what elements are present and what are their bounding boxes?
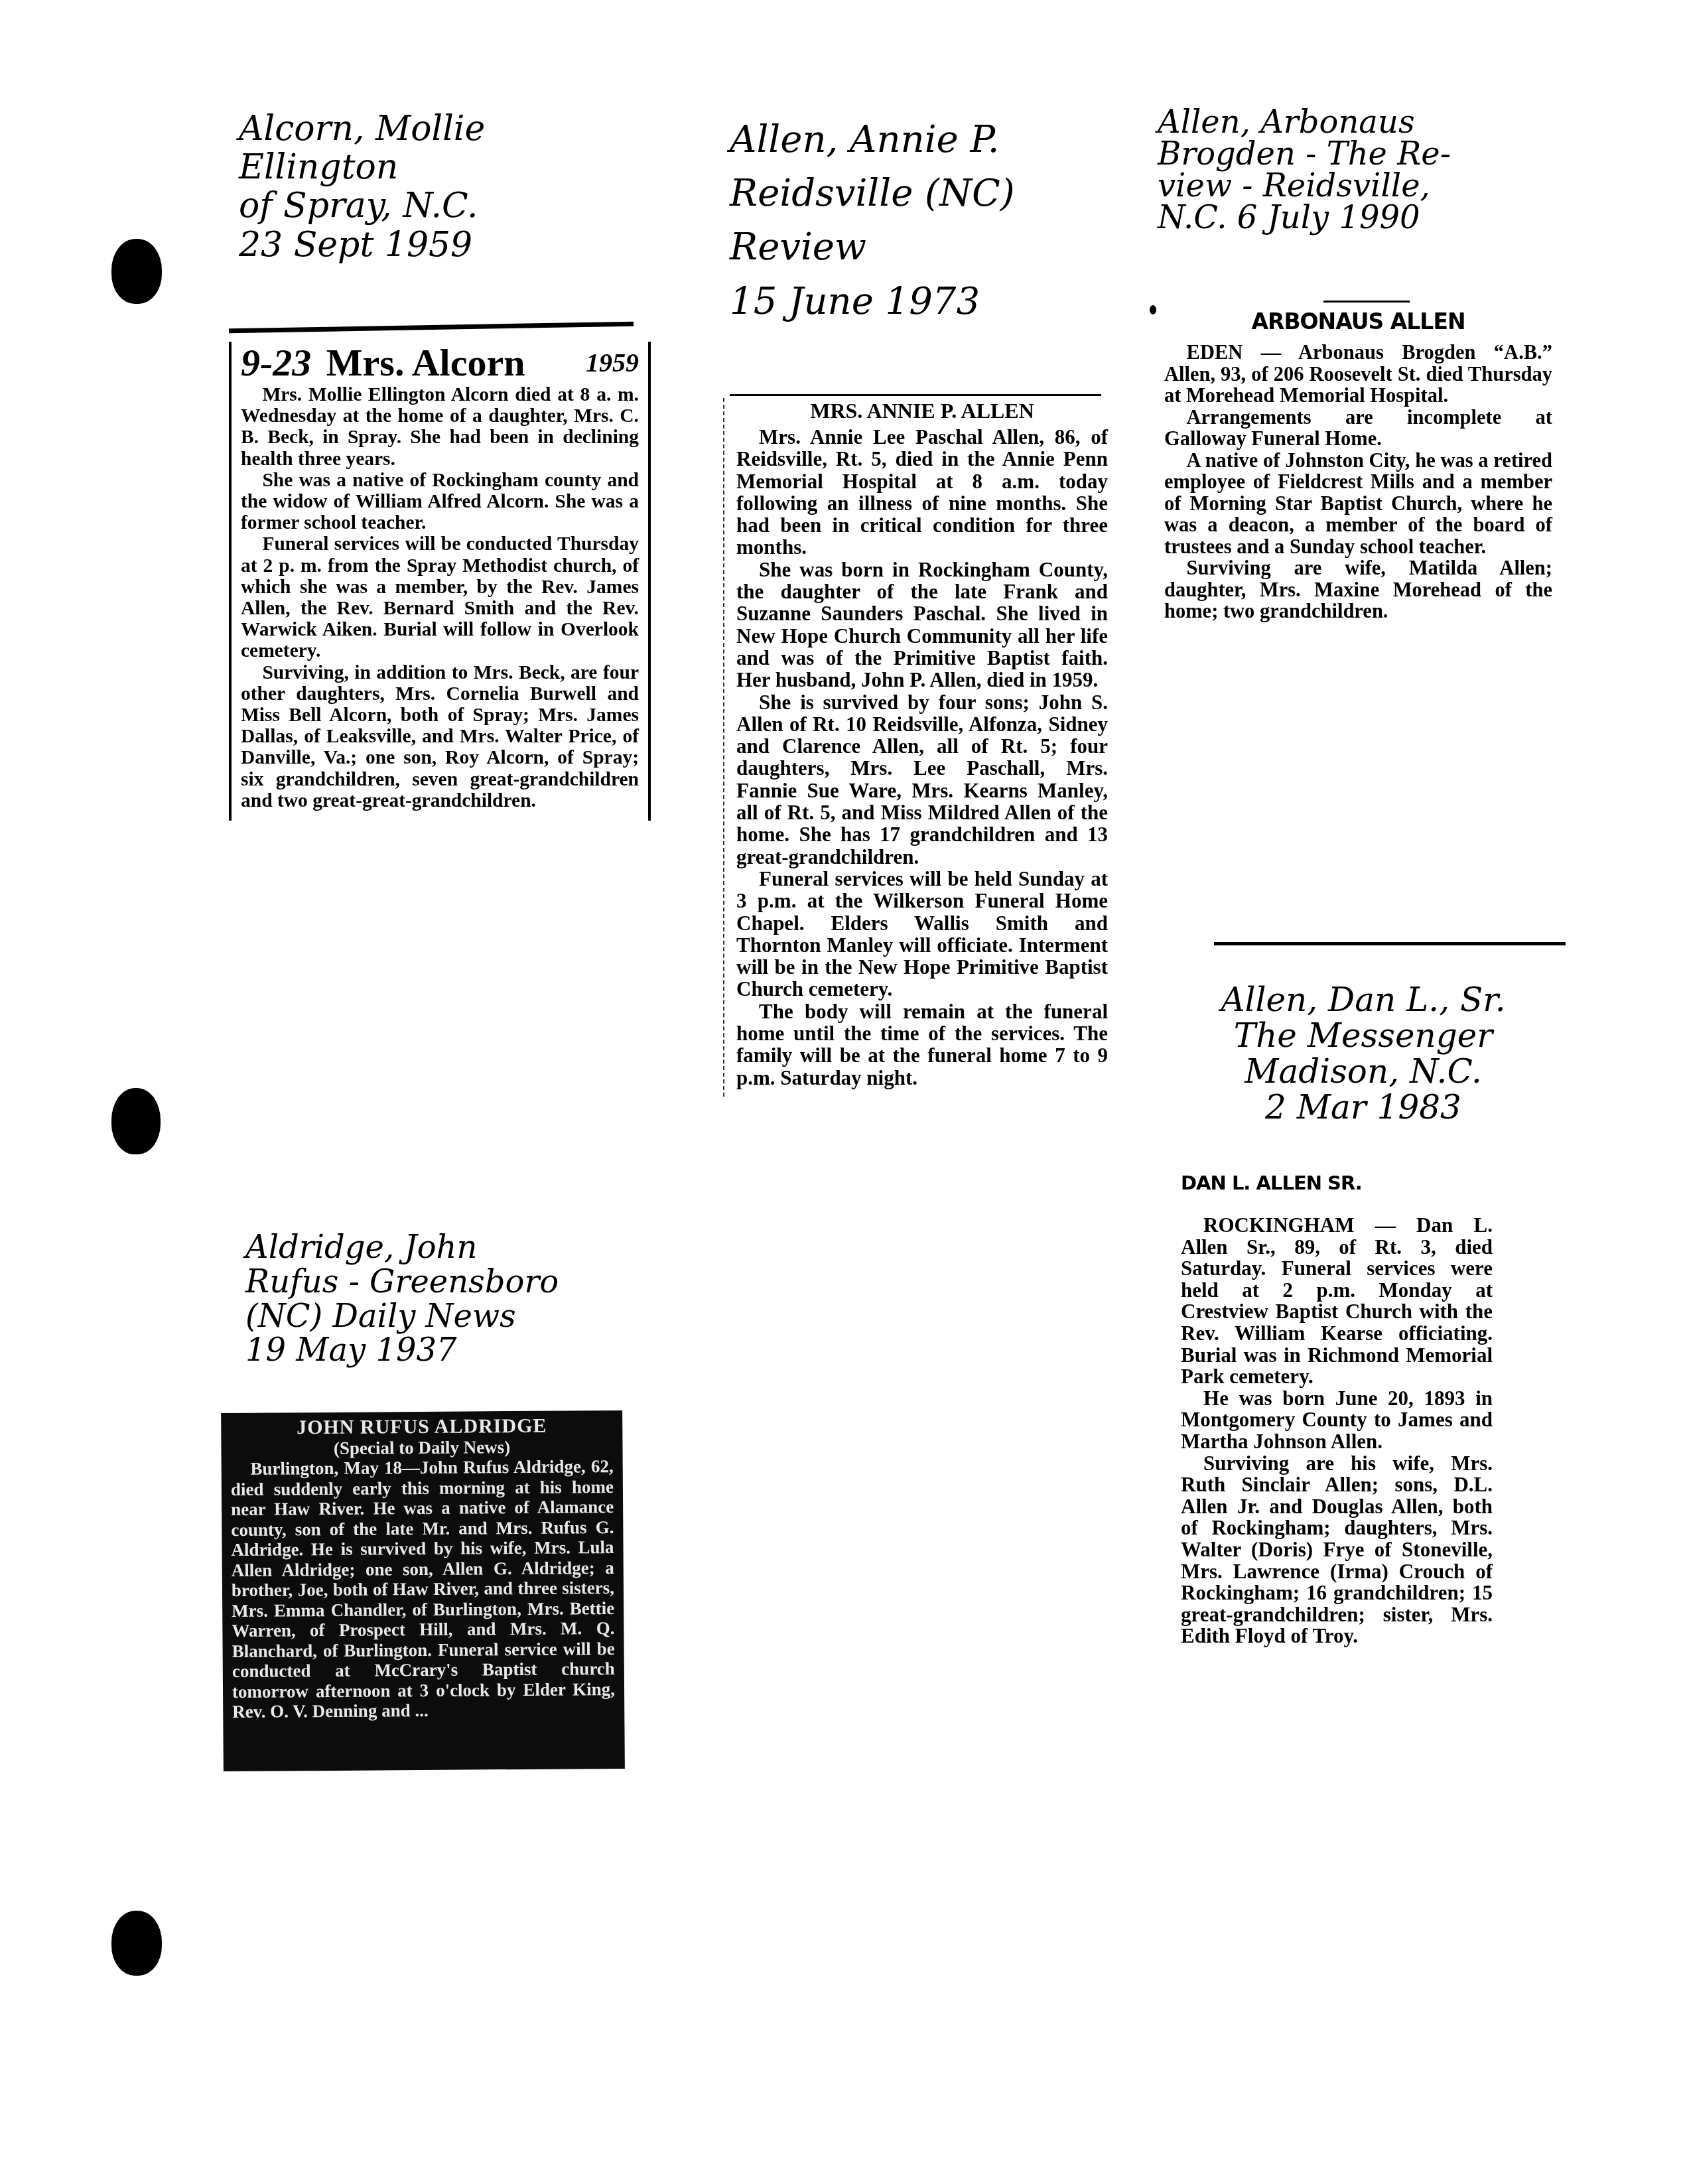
subheadline: (Special to Daily News) [230, 1436, 613, 1459]
paragraph: She was born in Rockingham County, the d… [736, 559, 1108, 691]
paragraph: She was a native of Rockingham county an… [241, 470, 639, 534]
punch-hole-bottom [111, 1911, 162, 1976]
paragraph: Funeral services will be held Sunday at … [736, 868, 1108, 1000]
handwritten-note-alcorn: Alcorn, Mollie Ellington of Spray, N.C. … [239, 109, 485, 264]
ink-mark [1150, 305, 1156, 314]
handwritten-note-arbonaus-allen: Allen, Arbonaus Brogden - The Re- view -… [1158, 106, 1451, 234]
paragraph: A native of Johnston City, he was a reti… [1164, 450, 1552, 558]
handwritten-margin-year: 1959 [586, 342, 639, 384]
paragraph: Surviving, in addition to Mrs. Beck, are… [241, 662, 639, 811]
paragraph: Surviving are his wife, Mrs. Ruth Sincla… [1181, 1453, 1493, 1647]
paragraph: Mrs. Mollie Ellington Alcorn died at 8 a… [241, 384, 639, 470]
clipping-annie-allen: MRS. ANNIE P. ALLEN Mrs. Annie Lee Pasch… [723, 398, 1116, 1097]
clipping-top-rule [730, 394, 1101, 396]
handwritten-margin-date: 9-23 [241, 341, 311, 384]
headline: JOHN RUFUS ALDRIDGE [230, 1416, 613, 1439]
headline: 9-23 Mrs. Alcorn 1959 [241, 342, 639, 384]
paragraph: EDEN — Arbonaus Brogden “A.B.” Allen, 93… [1164, 342, 1552, 407]
clipping-arbonaus-allen: ARBONAUS ALLEN EDEN — Arbonaus Brogden “… [1164, 308, 1552, 622]
paragraph: Burlington, May 18—John Rufus Aldridge, … [231, 1456, 616, 1722]
handwritten-note-aldridge: Aldridge, John Rufus - Greensboro (NC) D… [245, 1231, 559, 1368]
paragraph: Funeral services will be conducted Thurs… [241, 533, 639, 661]
clipping-top-rule [229, 322, 634, 334]
clipping-top-rule [1323, 301, 1410, 303]
headline: MRS. ANNIE P. ALLEN [736, 398, 1108, 423]
clipping-alcorn: 9-23 Mrs. Alcorn 1959 Mrs. Mollie Elling… [229, 342, 651, 821]
wavy-cut-edge [1214, 942, 1566, 945]
punch-hole-middle [111, 1088, 161, 1154]
clipping-aldridge: JOHN RUFUS ALDRIDGE (Special to Daily Ne… [221, 1410, 625, 1771]
handwritten-note-dan-allen: Allen, Dan L., Sr. The Messenger Madison… [1178, 982, 1549, 1125]
paragraph: She is survived by four sons; John S. Al… [736, 691, 1108, 868]
headline: ARBONAUS ALLEN [1164, 308, 1552, 335]
paragraph: The body will remain at the funeral home… [736, 1000, 1108, 1089]
paragraph: Arrangements are incomplete at Galloway … [1164, 407, 1552, 450]
paragraph: Mrs. Annie Lee Paschal Allen, 86, of Rei… [736, 426, 1108, 559]
handwritten-note-annie-allen: Allen, Annie P. Reidsville (NC) Review 1… [730, 113, 1015, 328]
punch-hole-top [111, 239, 162, 304]
paragraph: He was born June 20, 1893 in Montgomery … [1181, 1388, 1493, 1453]
headline: DAN L. ALLEN SR. [1181, 1171, 1493, 1195]
headline-text: Mrs. Alcorn [326, 341, 525, 384]
paragraph: ROCKINGHAM — Dan L. Allen Sr., 89, of Rt… [1181, 1215, 1493, 1388]
paragraph: Surviving are wife, Matilda Allen; daugh… [1164, 557, 1552, 622]
clipping-dan-allen: DAN L. ALLEN SR. ROCKINGHAM — Dan L. All… [1181, 1171, 1493, 1647]
